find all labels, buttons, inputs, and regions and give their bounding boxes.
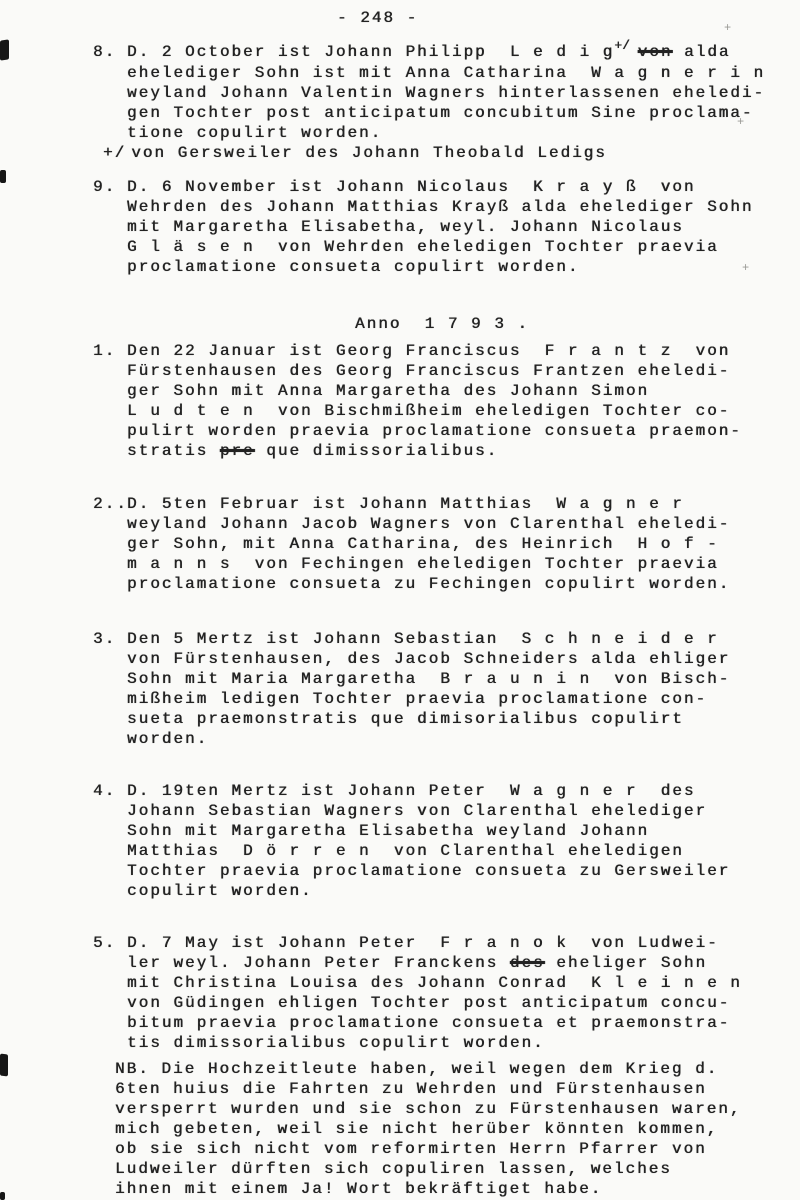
entry-number: 2.. <box>93 494 128 514</box>
text-line: tis dimissorialibus copulirt worden. <box>127 1033 790 1053</box>
text-line: Den 5 Mertz ist Johann Sebastian S c h n… <box>127 629 790 649</box>
text-segment: alda <box>672 43 730 61</box>
text-line: D. 19ten Mertz ist Johann Peter W a g n … <box>127 781 790 801</box>
entry-number: 8. <box>93 42 116 62</box>
entry-number: 1. <box>93 341 116 361</box>
nota-bene-paragraph: NB. Die Hochzeitleute haben, weil wegen … <box>0 1059 800 1199</box>
text-line: von Güdingen ehligen Tochter post antici… <box>127 993 790 1013</box>
footnote-marker: +/ <box>103 144 126 162</box>
text-line: Johann Sebastian Wagners von Clarenthal … <box>127 801 790 821</box>
text-line: ihnen mit einem Ja! Wort bekräftiget hab… <box>115 1179 790 1199</box>
entry-4: 4. D. 19ten Mertz ist Johann Peter W a g… <box>0 781 800 901</box>
entry-9: 9. D. 6 November ist Johann Nicolaus K r… <box>0 177 800 277</box>
entry-8: 8. D. 2 October ist Johann Philipp L e d… <box>0 42 800 143</box>
text-line: 6ten huius die Fahrten zu Wehrden und Fü… <box>115 1079 790 1099</box>
text-line: NB. Die Hochzeitleute haben, weil wegen … <box>115 1059 790 1079</box>
text-segment: D. 2 October ist Johann Philipp L e d i … <box>127 43 614 61</box>
text-line: Fürstenhausen des Georg Franciscus Frant… <box>127 361 790 381</box>
text-line: mich gebeten, weil sie nicht herüber kön… <box>115 1119 790 1139</box>
entry-2: 2.. D. 5ten Februar ist Johann Matthias … <box>0 494 800 594</box>
text-line: tione copulirt worden. <box>127 123 790 143</box>
text-line: D. 2 October ist Johann Philipp L e d i … <box>127 42 790 63</box>
text-line: m a n n s von Fechingen eheledigen Tocht… <box>127 554 790 574</box>
footnote-text: von Gersweiler des Johann Theobald Ledig… <box>126 144 607 162</box>
text-line: G l ä s e n von Wehrden eheledigen Tocht… <box>127 237 790 257</box>
text-line: D. 5ten Februar ist Johann Matthias W a … <box>127 494 790 514</box>
text-line: D. 7 May ist Johann Peter F r a n o k vo… <box>127 933 790 953</box>
entry-5: 5. D. 7 May ist Johann Peter F r a n o k… <box>0 933 800 1053</box>
text-segment: stratis <box>127 442 220 460</box>
text-line: +/von Gersweiler des Johann Theobald Led… <box>103 143 800 163</box>
text-segment: eheliger Sohn <box>545 954 707 972</box>
text-line: proclamatione consueta zu Fechingen copu… <box>127 574 790 594</box>
footnote-marker: +/ <box>614 38 637 53</box>
scanned-register-page: + + + - 248 - 8. D. 2 October ist Johann… <box>0 0 800 1200</box>
entry-1: 1. Den 22 Januar ist Georg Franciscus F … <box>0 341 800 461</box>
text-segment: que dimissorialibus. <box>255 442 499 460</box>
text-line: copulirt worden. <box>127 881 790 901</box>
struck-text: pre <box>220 442 255 460</box>
text-line: pulirt worden praevia proclamatione cons… <box>127 421 790 441</box>
text-line: Ludweiler dürften sich copuliren lassen,… <box>115 1159 790 1179</box>
text-line: ler weyl. Johann Peter Franckens des ehe… <box>127 953 790 973</box>
text-line: stratis pre que dimissorialibus. <box>127 441 790 461</box>
text-line: sueta praemonstratis que dimisorialibus … <box>127 709 790 729</box>
text-line: gen Tochter post anticipatum concubitum … <box>127 103 790 123</box>
entry-number: 4. <box>93 781 116 801</box>
struck-text: von <box>638 43 673 61</box>
text-segment: ler weyl. Johann Peter Franckens <box>127 954 510 972</box>
text-line: weyland Johann Jacob Wagners von Clarent… <box>127 514 790 534</box>
text-line: ehelediger Sohn ist mit Anna Catharina W… <box>127 63 790 83</box>
entry-number: 5. <box>93 933 116 953</box>
text-line: weyland Johann Valentin Wagners hinterla… <box>127 83 790 103</box>
text-line: Sohn mit Margaretha Elisabetha weyland J… <box>127 821 790 841</box>
scan-artifact <box>0 1054 8 1077</box>
text-line: von Fürstenhausen, des Jacob Schneiders … <box>127 649 790 669</box>
footnote: +/von Gersweiler des Johann Theobald Led… <box>0 143 800 163</box>
text-line: ger Sohn, mit Anna Catharina, des Heinri… <box>127 534 790 554</box>
entry-number: 9. <box>93 177 116 197</box>
entry-number: 3. <box>93 629 116 649</box>
text-line: Tochter praevia proclamatione consueta z… <box>127 861 790 881</box>
text-line: worden. <box>127 729 790 749</box>
text-line: D. 6 November ist Johann Nicolaus K r a … <box>127 177 790 197</box>
text-line: ob sie sich nicht vom reformirten Herrn … <box>115 1139 790 1159</box>
scan-speck: + <box>724 18 731 38</box>
text-line: proclamatione consueta copulirt worden. <box>127 257 790 277</box>
anno-heading: Anno 1 7 9 3 . <box>355 314 800 334</box>
text-line: mit Christina Louisa des Johann Conrad K… <box>127 973 790 993</box>
text-line: L u d t e n von Bischmißheim eheledigen … <box>127 401 790 421</box>
text-line: Den 22 Januar ist Georg Franciscus F r a… <box>127 341 790 361</box>
text-line: versperrt wurden und sie schon zu Fürste… <box>115 1099 790 1119</box>
text-line: Matthias D ö r r e n von Clarenthal ehel… <box>127 841 790 861</box>
text-line: bitum praevia proclamatione consueta et … <box>127 1013 790 1033</box>
text-line: Sohn mit Maria Margaretha B r a u n i n … <box>127 669 790 689</box>
text-line: mit Margaretha Elisabetha, weyl. Johann … <box>127 217 790 237</box>
entry-3: 3. Den 5 Mertz ist Johann Sebastian S c … <box>0 629 800 749</box>
struck-text: des <box>510 954 545 972</box>
scan-artifact <box>0 1192 5 1200</box>
text-line: mißheim ledigen Tochter praevia proclama… <box>127 689 790 709</box>
text-line: Wehrden des Johann Matthias Krayß alda e… <box>127 197 790 217</box>
text-line: ger Sohn mit Anna Margaretha des Johann … <box>127 381 790 401</box>
